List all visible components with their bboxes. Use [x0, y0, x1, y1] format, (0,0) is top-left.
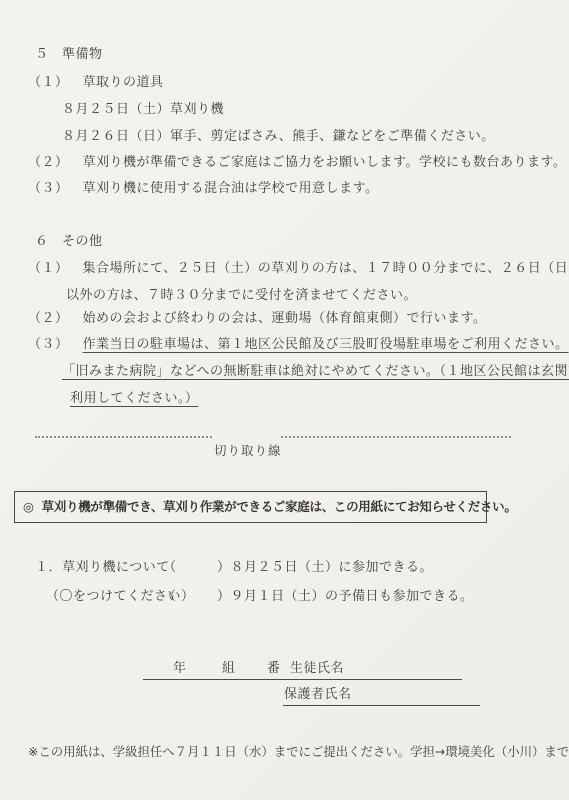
other-item-1-text1: 集合場所にて、２５日（土）の草刈りの方は、１７時００分までに、２６日（日）の草刈…	[83, 261, 569, 276]
prep-item-2-number: （２）	[28, 155, 69, 171]
reply-question-label: １．草刈り機について	[35, 560, 170, 576]
student-name-line: 年 組 番 生徒氏名	[143, 659, 462, 680]
cut-line-right-segment	[281, 436, 511, 438]
prep-item-1-number: （１）	[28, 75, 69, 91]
reply-option-2: （ ）９月１日（土）の予備日も参加できる。	[163, 589, 474, 605]
prep-item-3-text: 草刈り機に使用する混合油は学校で用意します。	[83, 181, 379, 196]
other-item-3-text1: 作業当日の駐車場は、第１地区公民館及び三股町役場駐車場をご利用ください。	[83, 337, 569, 352]
guardian-name-label: 保護者氏名	[284, 687, 352, 703]
other-item-1-number: （１）	[28, 261, 69, 277]
prep-item-3: （３）草刈り機に使用する混合油は学校で用意します。	[28, 181, 378, 197]
other-item-2: （２）始めの会および終わりの会は、運動場（体育館東側）で行います。	[28, 311, 486, 327]
reply-option-1: （ ）８月２５日（土）に参加できる。	[163, 560, 433, 576]
prep-date-aug25: ８月２５日（土）草刈り機	[62, 102, 224, 118]
other-item-3-number: （３）	[28, 337, 69, 353]
double-circle-mark: ◎	[23, 499, 34, 515]
cut-line-left-segment	[35, 436, 212, 438]
reply-option-1-text: ８月２５日（土）に参加できる。	[231, 560, 434, 575]
other-item-2-text: 始めの会および終わりの会は、運動場（体育館東側）で行います。	[83, 311, 487, 326]
guardian-name-line: 保護者氏名	[283, 685, 480, 706]
reply-option-2-text: ９月１日（土）の予備日も参加できる。	[231, 589, 474, 604]
class-label: 組	[222, 661, 236, 677]
other-item-1-line1: （１）集合場所にて、２５日（土）の草刈りの方は、１７時００分までに、２６日（日）…	[28, 261, 569, 277]
other-item-2-number: （２）	[28, 311, 69, 327]
scanned-document-page: ５ 準備物 （１）草取りの道具 ８月２５日（土）草刈り機 ８月２６日（日）軍手、…	[0, 0, 569, 800]
cut-line-label: 切り取り線	[214, 443, 282, 459]
number-label: 番	[267, 661, 281, 677]
prep-item-1-text: 草取りの道具	[83, 75, 164, 90]
other-item-3-line1: （３）作業当日の駐車場は、第１地区公民館及び三股町役場駐車場をご利用ください。	[28, 337, 569, 353]
other-item-1-line2: 以外の方は、７時３０分までに受付を済ませてください。	[66, 288, 417, 304]
section-5-heading: ５ 準備物	[35, 47, 103, 63]
other-item-3-line3: 利用してください。）	[70, 391, 199, 407]
footer-submission-note: ※この用紙は、学級担任へ７月１１日（水）までにご提出ください。学担→環境美化（小…	[28, 744, 569, 760]
year-label: 年	[173, 661, 187, 677]
reply-option-2-paren: （ ）	[163, 589, 231, 604]
reply-option-1-paren: （ ）	[163, 560, 231, 575]
section-6-heading: ６ その他	[35, 234, 103, 250]
prep-item-1: （１）草取りの道具	[28, 75, 164, 91]
student-name-label: 生徒氏名	[290, 661, 344, 677]
prep-item-2-text: 草刈り機が準備できるご家庭はご協力をお願いします。学校にも数台あります。	[83, 155, 567, 170]
prep-item-2: （２）草刈り機が準備できるご家庭はご協力をお願いします。学校にも数台あります。	[28, 155, 566, 171]
notice-box: ◎草刈り機が準備でき、草刈り作業ができるご家庭は、この用紙にてお知らせください。	[14, 491, 487, 523]
other-item-3-line2: 「旧みまた病院」などへの無断駐車は絶対にやめてください。（１地区公民館は玄関前は…	[62, 364, 569, 380]
notice-text: 草刈り機が準備でき、草刈り作業ができるご家庭は、この用紙にてお知らせください。	[42, 499, 517, 514]
prep-item-3-number: （３）	[28, 181, 69, 197]
prep-date-aug26: ８月２６日（日）軍手、剪定ばさみ、熊手、鎌などをご準備ください。	[62, 129, 495, 145]
